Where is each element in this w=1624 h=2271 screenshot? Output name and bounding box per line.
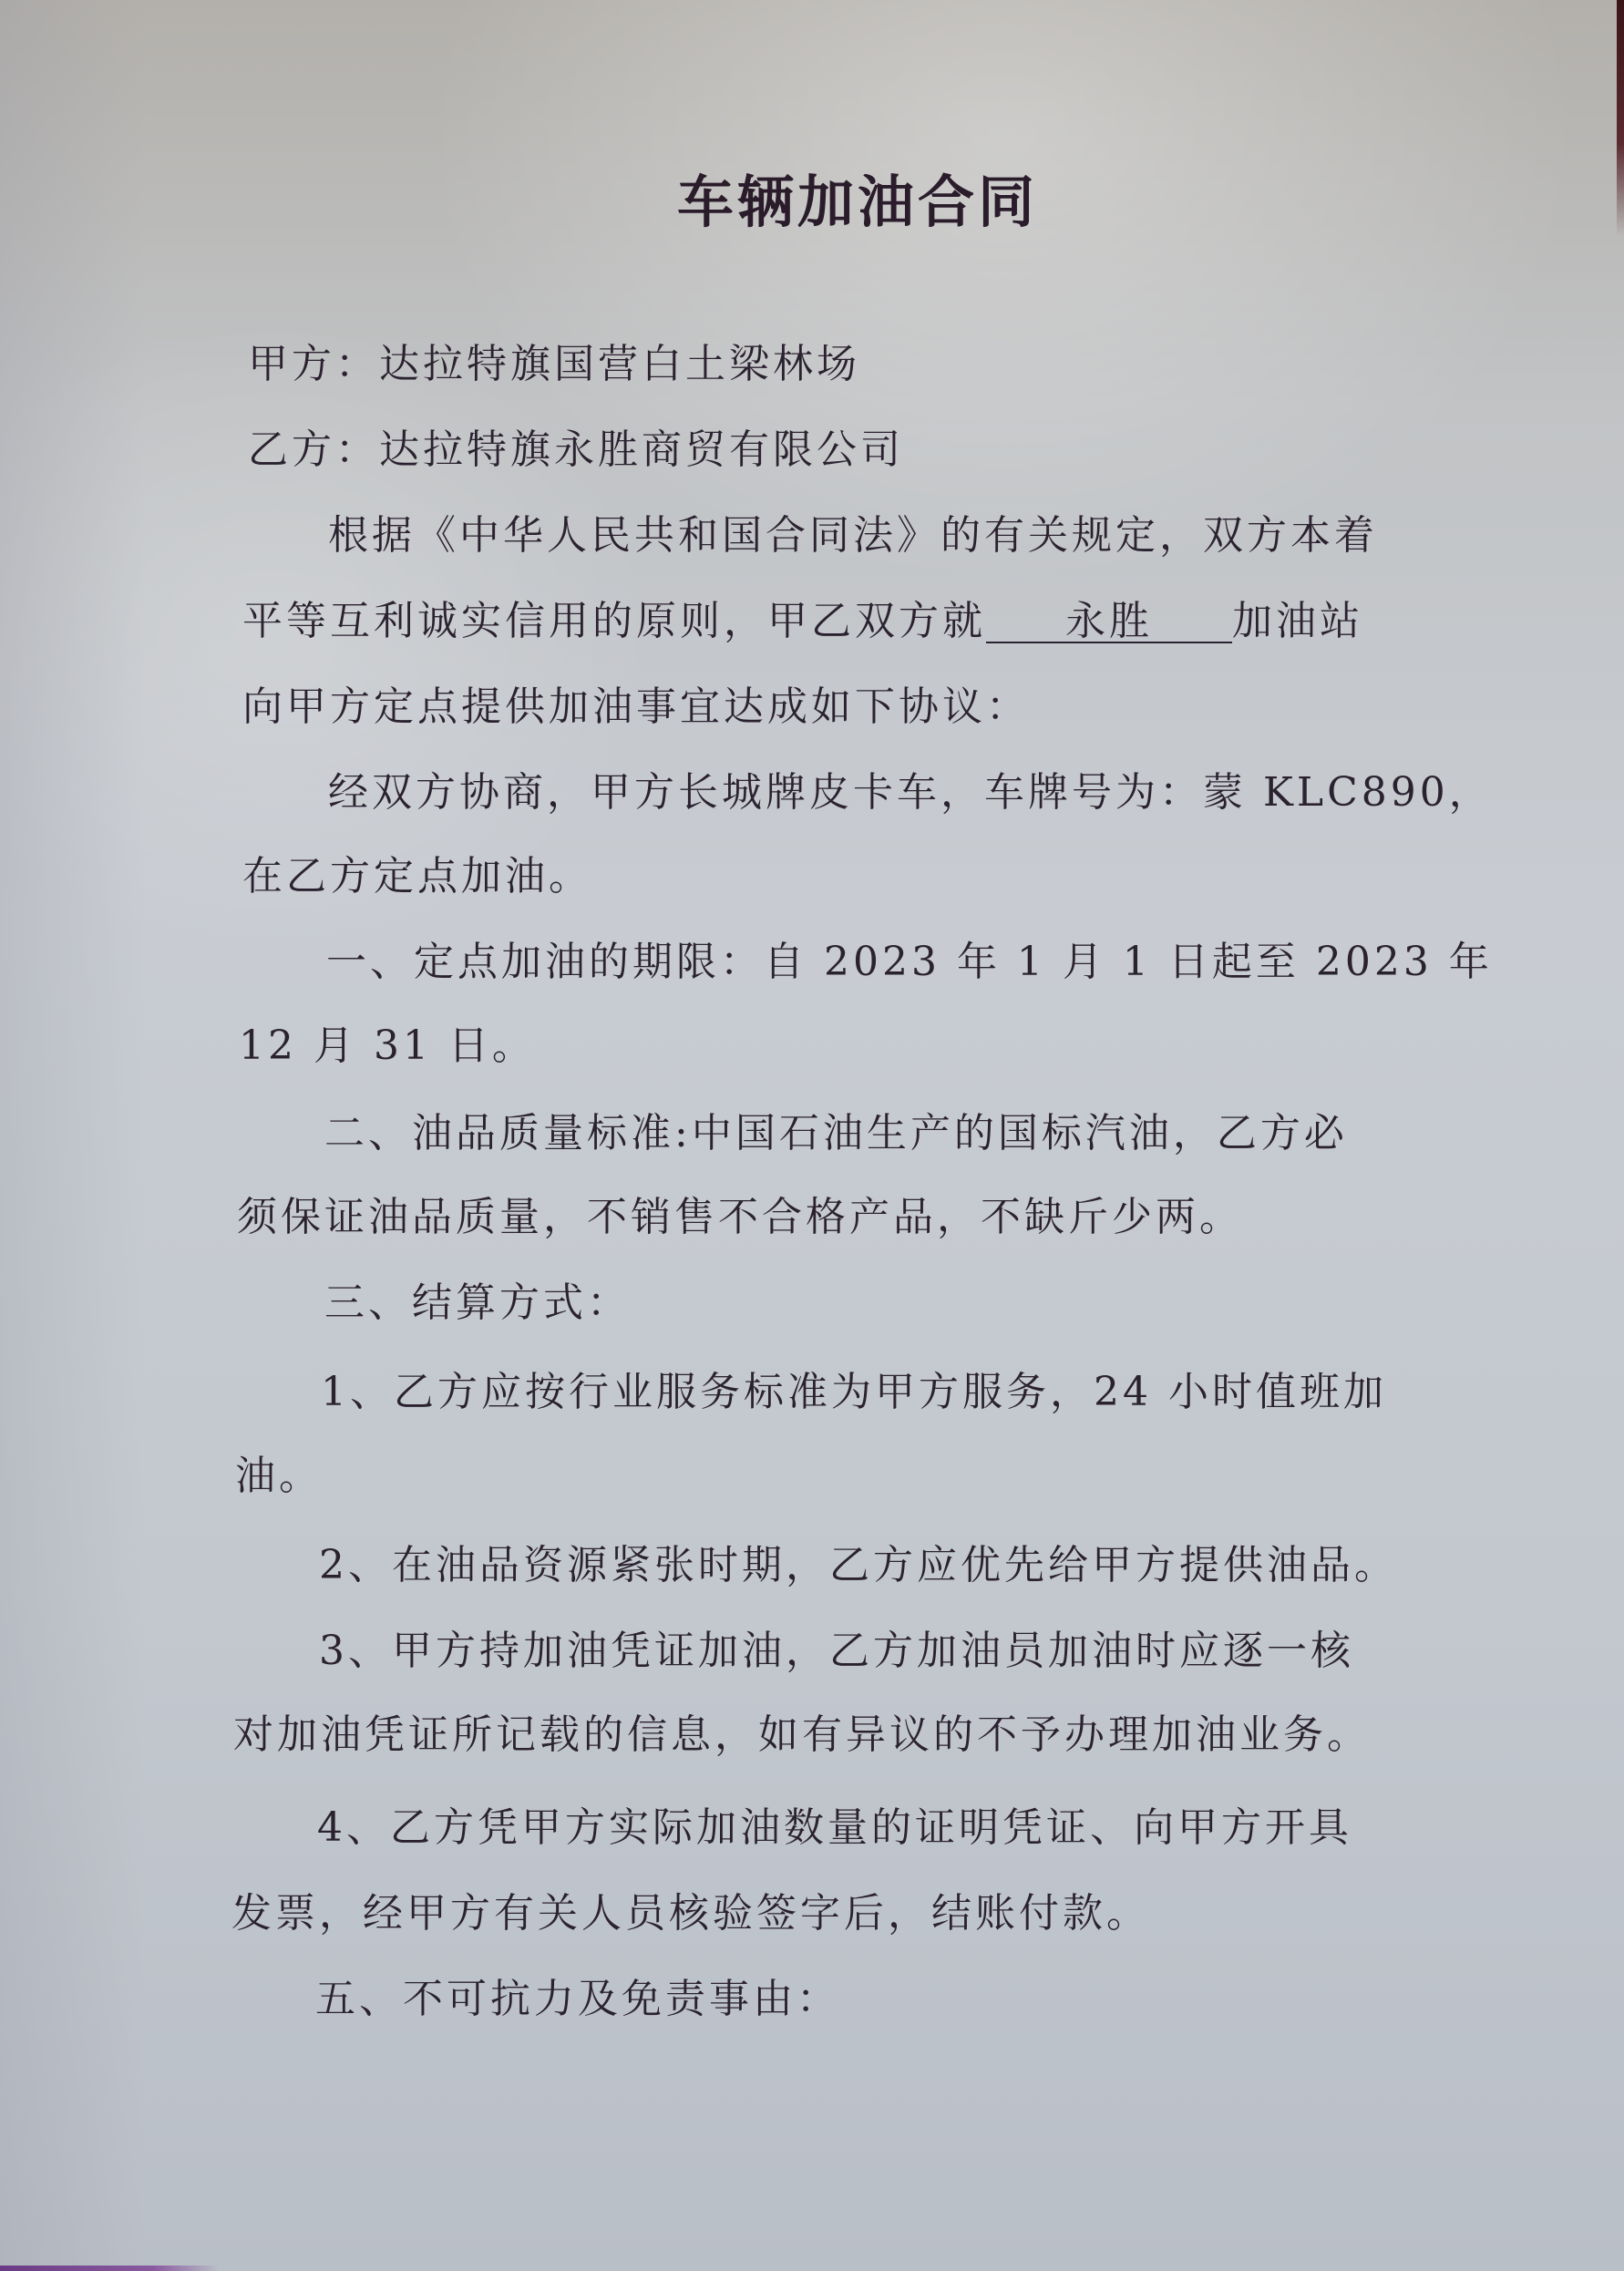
preamble-line-3: 向甲方定点提供加油事宜达成如下协议：	[242, 687, 1030, 727]
preamble-line-2: 平等互利诚实信用的原则，甲乙双方就永胜加油站	[242, 601, 1363, 643]
clause-2-line-2: 须保证油品质量，不销售不合格产品，不缺斤少两。	[237, 1197, 1243, 1238]
bottom-edge-border	[0, 2266, 219, 2271]
preamble-line-1: 根据《中华人民共和国合同法》的有关规定，双方本着	[328, 516, 1378, 556]
settlement-item-1-line-2: 油。	[235, 1456, 323, 1496]
vehicle-line-2: 在乙方定点加油。	[242, 857, 592, 897]
party-b-name: 达拉特旗永胜商贸有限公司	[379, 426, 904, 473]
party-a-name: 达拉特旗国营白土梁林场	[379, 341, 860, 387]
paper-shadow	[0, 0, 146, 2271]
clause-1-line-2: 12 月 31 日。	[239, 1026, 536, 1066]
settlement-item-2: 2、在油品资源紧张时期，乙方应优先给甲方提供油品。	[319, 1546, 1398, 1586]
document-title: 车辆加油合同	[0, 157, 1624, 238]
preamble-line-2-after: 加油站	[1232, 598, 1363, 644]
vehicle-line-1: 经双方协商，甲方长城牌皮卡车，车牌号为：蒙 KLC890，	[328, 773, 1493, 813]
party-b-label: 乙方：	[248, 426, 379, 473]
clause-2-line-1: 二、油品质量标准:中国石油生产的国标汽油，乙方必	[324, 1114, 1348, 1154]
clause-3-heading: 三、结算方式：	[324, 1283, 631, 1323]
gas-station-name-field: 永胜	[986, 601, 1232, 643]
settlement-item-1-line-1: 1、乙方应按行业服务标准为甲方服务，24 小时值班加	[321, 1372, 1387, 1413]
party-a-label: 甲方：	[248, 341, 379, 387]
preamble-line-2-before: 平等互利诚实信用的原则，甲乙双方就	[242, 598, 986, 644]
party-a-line: 甲方：达拉特旗国营白土梁林场	[248, 344, 860, 385]
settlement-item-4-line-2: 发票，经甲方有关人员核验签字后，结账付款。	[231, 1894, 1150, 1934]
clause-1-line-1: 一、定点加油的期限：自 2023 年 1 月 1 日起至 2023 年	[326, 942, 1493, 982]
party-b-line: 乙方：达拉特旗永胜商贸有限公司	[248, 430, 904, 470]
settlement-item-3-line-2: 对加油凭证所记载的信息，如有异议的不予办理加油业务。	[233, 1715, 1371, 1755]
settlement-item-4-line-1: 4、乙方凭甲方实际加油数量的证明凭证、向甲方开具	[317, 1808, 1352, 1848]
settlement-item-3-line-1: 3、甲方持加油凭证加油，乙方加油员加油时应逐一核	[319, 1631, 1354, 1671]
clause-5-heading: 五、不可抗力及免责事由：	[315, 1979, 840, 2019]
